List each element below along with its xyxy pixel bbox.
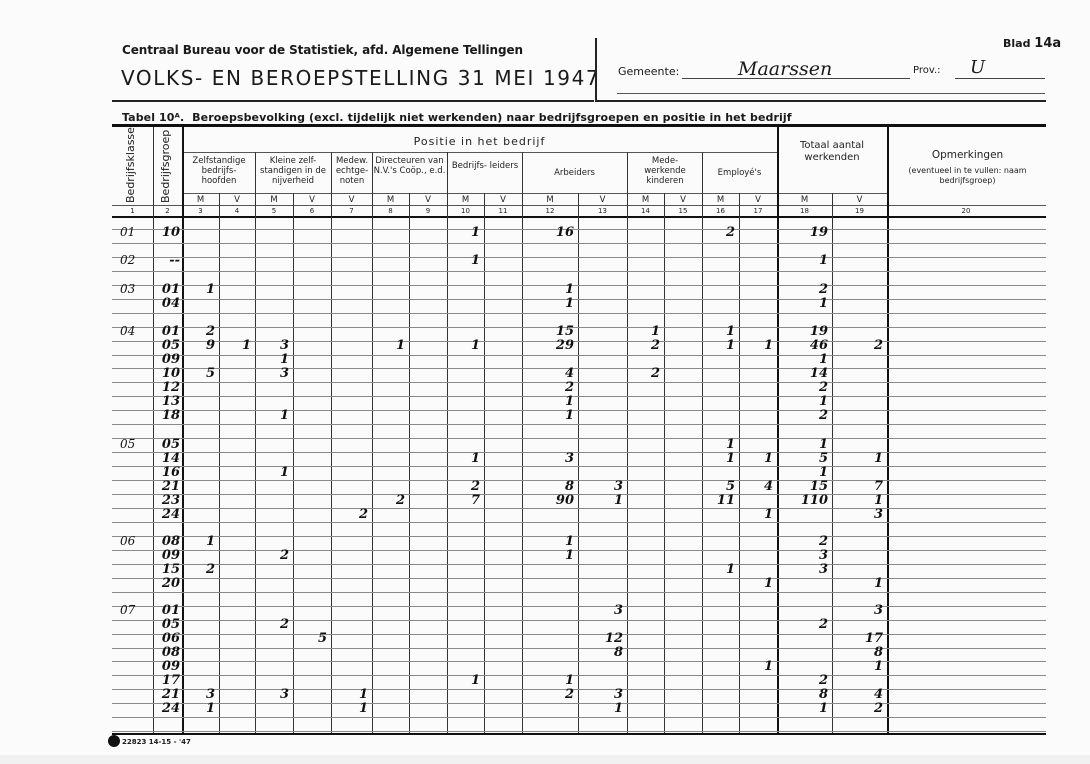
cell-col-13: 3 [578,479,623,494]
sex-label: M [522,195,578,205]
bedrijfsgroep-value: 05 [153,437,180,452]
column-number: 12 [522,207,578,215]
bedrijfsgroep-value: 18 [153,408,180,423]
sex-label: V [484,195,522,205]
sex-label: M [777,195,832,205]
cell-col-18: 2 [777,534,828,549]
cell-col-18: 2 [777,408,828,423]
cell-col-18: 14 [777,366,828,381]
cell-col-12: 4 [522,366,574,381]
cell-col-8: 2 [372,493,405,508]
sex-label: V [578,195,627,205]
column-number: 20 [887,207,1045,215]
cell-col-18: 2 [777,282,828,297]
ruled-row-line [112,382,1046,383]
sex-label: V [219,195,255,205]
cell-col-3: 9 [182,338,215,353]
ruled-row-line [112,550,1046,551]
group-header-line [182,193,777,194]
ruled-row-line [112,313,1046,314]
bedrijfsgroep-value: -- [153,253,180,268]
cell-col-10: 1 [447,225,480,240]
column-line [627,152,628,733]
cell-col-18: 1 [777,465,828,480]
opmerkingen-header: Opmerkingen [895,150,1040,160]
cell-col-12: 29 [522,338,574,353]
cell-col-16: 2 [702,225,735,240]
cell-col-12: 1 [522,282,574,297]
cell-col-5: 2 [255,548,289,563]
census-table: Bedrijfsklasse Bedrijfsgroep Positie in … [0,0,1090,764]
ruled-row-line [112,578,1046,579]
column-line [182,127,184,733]
cell-col-5: 3 [255,366,289,381]
print-code: 22823 14-15 - '47 [122,738,191,746]
ruled-row-line [112,592,1046,593]
cell-col-19: 7 [832,479,883,494]
sex-label: M [447,195,484,205]
ruled-row-line [112,285,1046,286]
cell-col-3: 2 [182,324,215,339]
bedrijfsgroep-value: 21 [153,479,180,494]
ruled-row-line [112,229,1046,230]
bedrijfsgroep-value: 16 [153,465,180,480]
cell-col-12: 1 [522,673,574,688]
column-number: 1 [112,207,153,215]
ruled-row-line [112,452,1046,453]
cell-col-18: 2 [777,380,828,395]
bedrijfsgroep-value: 06 [153,631,180,646]
cell-col-7: 2 [331,507,368,522]
bedrijfsklasse-value: 05 [120,437,135,451]
cell-col-13: 1 [578,701,623,716]
sex-label: M [255,195,293,205]
cell-col-19: 2 [832,701,883,716]
ruled-row-line [112,508,1046,509]
cell-col-19: 3 [832,507,883,522]
column-line [409,193,410,733]
column-number: 17 [739,207,777,215]
cell-col-19: 4 [832,687,883,702]
cell-col-18: 1 [777,394,828,409]
cell-col-19: 1 [832,659,883,674]
bedrijfsgroep-value: 21 [153,687,180,702]
group-arbeiders: Arbeiders [522,168,627,178]
column-number: 7 [331,207,372,215]
cell-col-5: 3 [255,687,289,702]
cell-col-3: 5 [182,366,215,381]
cell-col-19: 1 [832,451,883,466]
column-number: 2 [153,207,182,215]
bedrijfsklasse-value: 04 [120,324,135,338]
cell-col-14: 1 [627,324,660,339]
cell-col-17: 1 [739,507,773,522]
sex-label: M [372,195,409,205]
cell-col-4: 1 [219,338,251,353]
ruled-row-line [112,620,1046,621]
cell-col-18: 1 [777,352,828,367]
cell-col-10: 1 [447,673,480,688]
cell-col-5: 1 [255,465,289,480]
cell-col-12: 8 [522,479,574,494]
cell-col-18: 1 [777,253,828,268]
cell-col-13: 8 [578,645,623,660]
cell-col-12: 1 [522,534,574,549]
cell-col-18: 8 [777,687,828,702]
sex-label: M [627,195,664,205]
cell-col-5: 2 [255,617,289,632]
cell-col-19: 8 [832,645,883,660]
cell-col-18: 15 [777,479,828,494]
cell-col-18: 19 [777,225,828,240]
cell-col-3: 2 [182,562,215,577]
cell-col-10: 1 [447,451,480,466]
column-number: 10 [447,207,484,215]
bedrijfsgroep-value: 09 [153,548,180,563]
cell-col-16: 1 [702,324,735,339]
column-line [331,152,332,733]
cell-col-10: 7 [447,493,480,508]
bedrijfsgroep-value: 04 [153,296,180,311]
cell-col-17: 4 [739,479,773,494]
cell-col-18: 110 [777,493,828,508]
column-line [484,193,485,733]
cell-col-5: 1 [255,408,289,423]
cell-col-6: 5 [293,631,327,646]
table-header-bottom-rule [112,216,1046,218]
ruled-row-line [112,438,1046,439]
cell-col-16: 1 [702,562,735,577]
cell-col-14: 2 [627,338,660,353]
cell-col-12: 2 [522,687,574,702]
bedrijfsgroep-value: 24 [153,701,180,716]
cell-col-14: 2 [627,366,660,381]
column-number: 8 [372,207,409,215]
cell-col-18: 3 [777,562,828,577]
printer-logo-icon [108,735,120,747]
cell-col-12: 1 [522,394,574,409]
group-kleine-zelfstandigen: Kleine zelf- standigen in de nijverheid [257,156,329,186]
bedrijfsklasse-value: 03 [120,282,135,296]
ruled-row-line [112,271,1046,272]
sex-label: V [664,195,702,205]
ruled-row-line [112,466,1046,467]
cell-col-12: 1 [522,296,574,311]
column-number: 18 [777,207,832,215]
bedrijfsgroep-value: 09 [153,352,180,367]
cell-col-18: 46 [777,338,828,353]
ruled-row-line [112,355,1046,356]
ruled-row-line [112,327,1046,328]
bedrijfsklasse-header: Bedrijfsklasse [124,127,137,203]
page-edge [0,755,1090,764]
positie-header: Positie in het bedrijf [182,137,777,147]
column-line [293,193,294,733]
column-line [255,152,256,733]
cell-col-5: 3 [255,338,289,353]
group-zelfstandige: Zelfstandige bedrijfs- hoofden [184,156,254,186]
ruled-row-line [112,257,1046,258]
cell-col-19: 2 [832,338,883,353]
cell-col-12: 15 [522,324,574,339]
cell-col-12: 2 [522,380,574,395]
sex-row-line [112,205,1046,206]
bedrijfsgroep-value: 01 [153,603,180,618]
cell-col-3: 3 [182,687,215,702]
bedrijfsgroep-value: 15 [153,562,180,577]
cell-col-18: 1 [777,701,828,716]
cell-col-19: 17 [832,631,883,646]
sex-label: V [331,195,372,205]
cell-col-7: 1 [331,687,368,702]
cell-col-3: 1 [182,282,215,297]
cell-col-18: 1 [777,437,828,452]
ruled-row-line [112,661,1046,662]
group-medew-echtgenoten: Medew. echtge- noten [332,156,372,186]
ruled-row-line [112,564,1046,565]
cell-col-19: 1 [832,493,883,508]
bedrijfsgroep-value: 01 [153,282,180,297]
sex-label: V [409,195,447,205]
bedrijfsklasse-value: 07 [120,603,135,617]
bedrijfsgroep-value: 23 [153,493,180,508]
bedrijfsgroep-value: 10 [153,225,180,240]
cell-col-18: 3 [777,548,828,563]
column-number: 5 [255,207,293,215]
ruled-row-line [112,299,1046,300]
bedrijfsgroep-value: 10 [153,366,180,381]
cell-col-13: 12 [578,631,623,646]
group-directeuren: Directeuren van N.V.'s Coöp., e.d. [373,156,446,176]
column-number: 4 [219,207,255,215]
table-top-rule [112,124,1046,127]
cell-col-13: 1 [578,493,623,508]
cell-col-12: 1 [522,408,574,423]
column-number: 9 [409,207,447,215]
cell-col-10: 1 [447,253,480,268]
bedrijfsgroep-value: 24 [153,507,180,522]
opmerkingen-subheader: (eventueel in te vullen: naam bedrijfsgr… [905,166,1030,186]
cell-col-12: 3 [522,451,574,466]
cell-col-13: 3 [578,687,623,702]
cell-col-18: 5 [777,451,828,466]
bedrijfsklasse-value: 01 [120,225,135,239]
cell-col-18: 19 [777,324,828,339]
cell-col-16: 1 [702,338,735,353]
bedrijfsgroep-value: 08 [153,534,180,549]
bedrijfsgroep-value: 14 [153,451,180,466]
ruled-row-line [112,522,1046,523]
bedrijfsgroep-value: 17 [153,673,180,688]
table-bottom-rule [112,733,1046,735]
sex-label: V [832,195,887,205]
column-number: 13 [578,207,627,215]
column-number: 16 [702,207,739,215]
column-number: 19 [832,207,887,215]
cell-col-17: 1 [739,659,773,674]
column-number: 6 [293,207,331,215]
group-employes: Employé's [702,168,777,178]
cell-col-10: 1 [447,338,480,353]
cell-col-3: 1 [182,701,215,716]
group-bedrijfsleiders: Bedrijfs- leiders [450,161,520,171]
bedrijfsgroep-value: 09 [153,659,180,674]
bedrijfsklasse-value: 02 [120,253,135,267]
ruled-row-line [112,424,1046,425]
column-line [777,127,779,733]
cell-col-18: 2 [777,617,828,632]
ruled-row-line [112,536,1046,537]
cell-col-17: 1 [739,576,773,591]
cell-col-13: 3 [578,603,623,618]
cell-col-12: 90 [522,493,574,508]
ruled-row-line [112,368,1046,369]
bedrijfsgroep-value: 05 [153,617,180,632]
ruled-row-line [112,717,1046,718]
cell-col-19: 3 [832,603,883,618]
sex-label: M [182,195,219,205]
column-line [664,193,665,733]
cell-col-16: 1 [702,451,735,466]
totaal-header: Totaal aantal werkenden [782,140,882,164]
ruled-row-line [112,410,1046,411]
column-number: 3 [182,207,219,215]
cell-col-12: 16 [522,225,574,240]
bedrijfsgroep-value: 01 [153,324,180,339]
column-number: 11 [484,207,522,215]
column-line [219,193,220,733]
ruled-row-line [112,731,1046,732]
sex-label: V [739,195,777,205]
column-number: 15 [664,207,702,215]
ruled-row-line [112,243,1046,244]
bedrijfsklasse-value: 06 [120,534,135,548]
bedrijfsgroep-value: 20 [153,576,180,591]
column-number: 14 [627,207,664,215]
bedrijfsgroep-value: 13 [153,394,180,409]
ruled-row-line [112,341,1046,342]
cell-col-18: 1 [777,296,828,311]
bedrijfsgroep-value: 12 [153,380,180,395]
column-line [372,152,373,733]
cell-col-16: 11 [702,493,735,508]
bedrijfsgroep-header: Bedrijfsgroep [159,130,172,203]
sex-label: M [702,195,739,205]
cell-col-7: 1 [331,701,368,716]
cell-col-5: 1 [255,352,289,367]
bedrijfsgroep-value: 05 [153,338,180,353]
sex-label: V [293,195,331,205]
cell-col-10: 2 [447,479,480,494]
ruled-row-line [112,396,1046,397]
cell-col-18: 2 [777,673,828,688]
group-medewerkende-kinderen: Mede- werkende kinderen [630,156,700,186]
cell-col-8: 1 [372,338,405,353]
cell-col-12: 1 [522,548,574,563]
cell-col-17: 1 [739,451,773,466]
cell-col-3: 1 [182,534,215,549]
cell-col-16: 5 [702,479,735,494]
cell-col-16: 1 [702,437,735,452]
bedrijfsgroep-value: 08 [153,645,180,660]
ruled-row-line [112,675,1046,676]
cell-col-19: 1 [832,576,883,591]
cell-col-17: 1 [739,338,773,353]
column-line [887,127,889,733]
positie-header-line [182,152,777,153]
